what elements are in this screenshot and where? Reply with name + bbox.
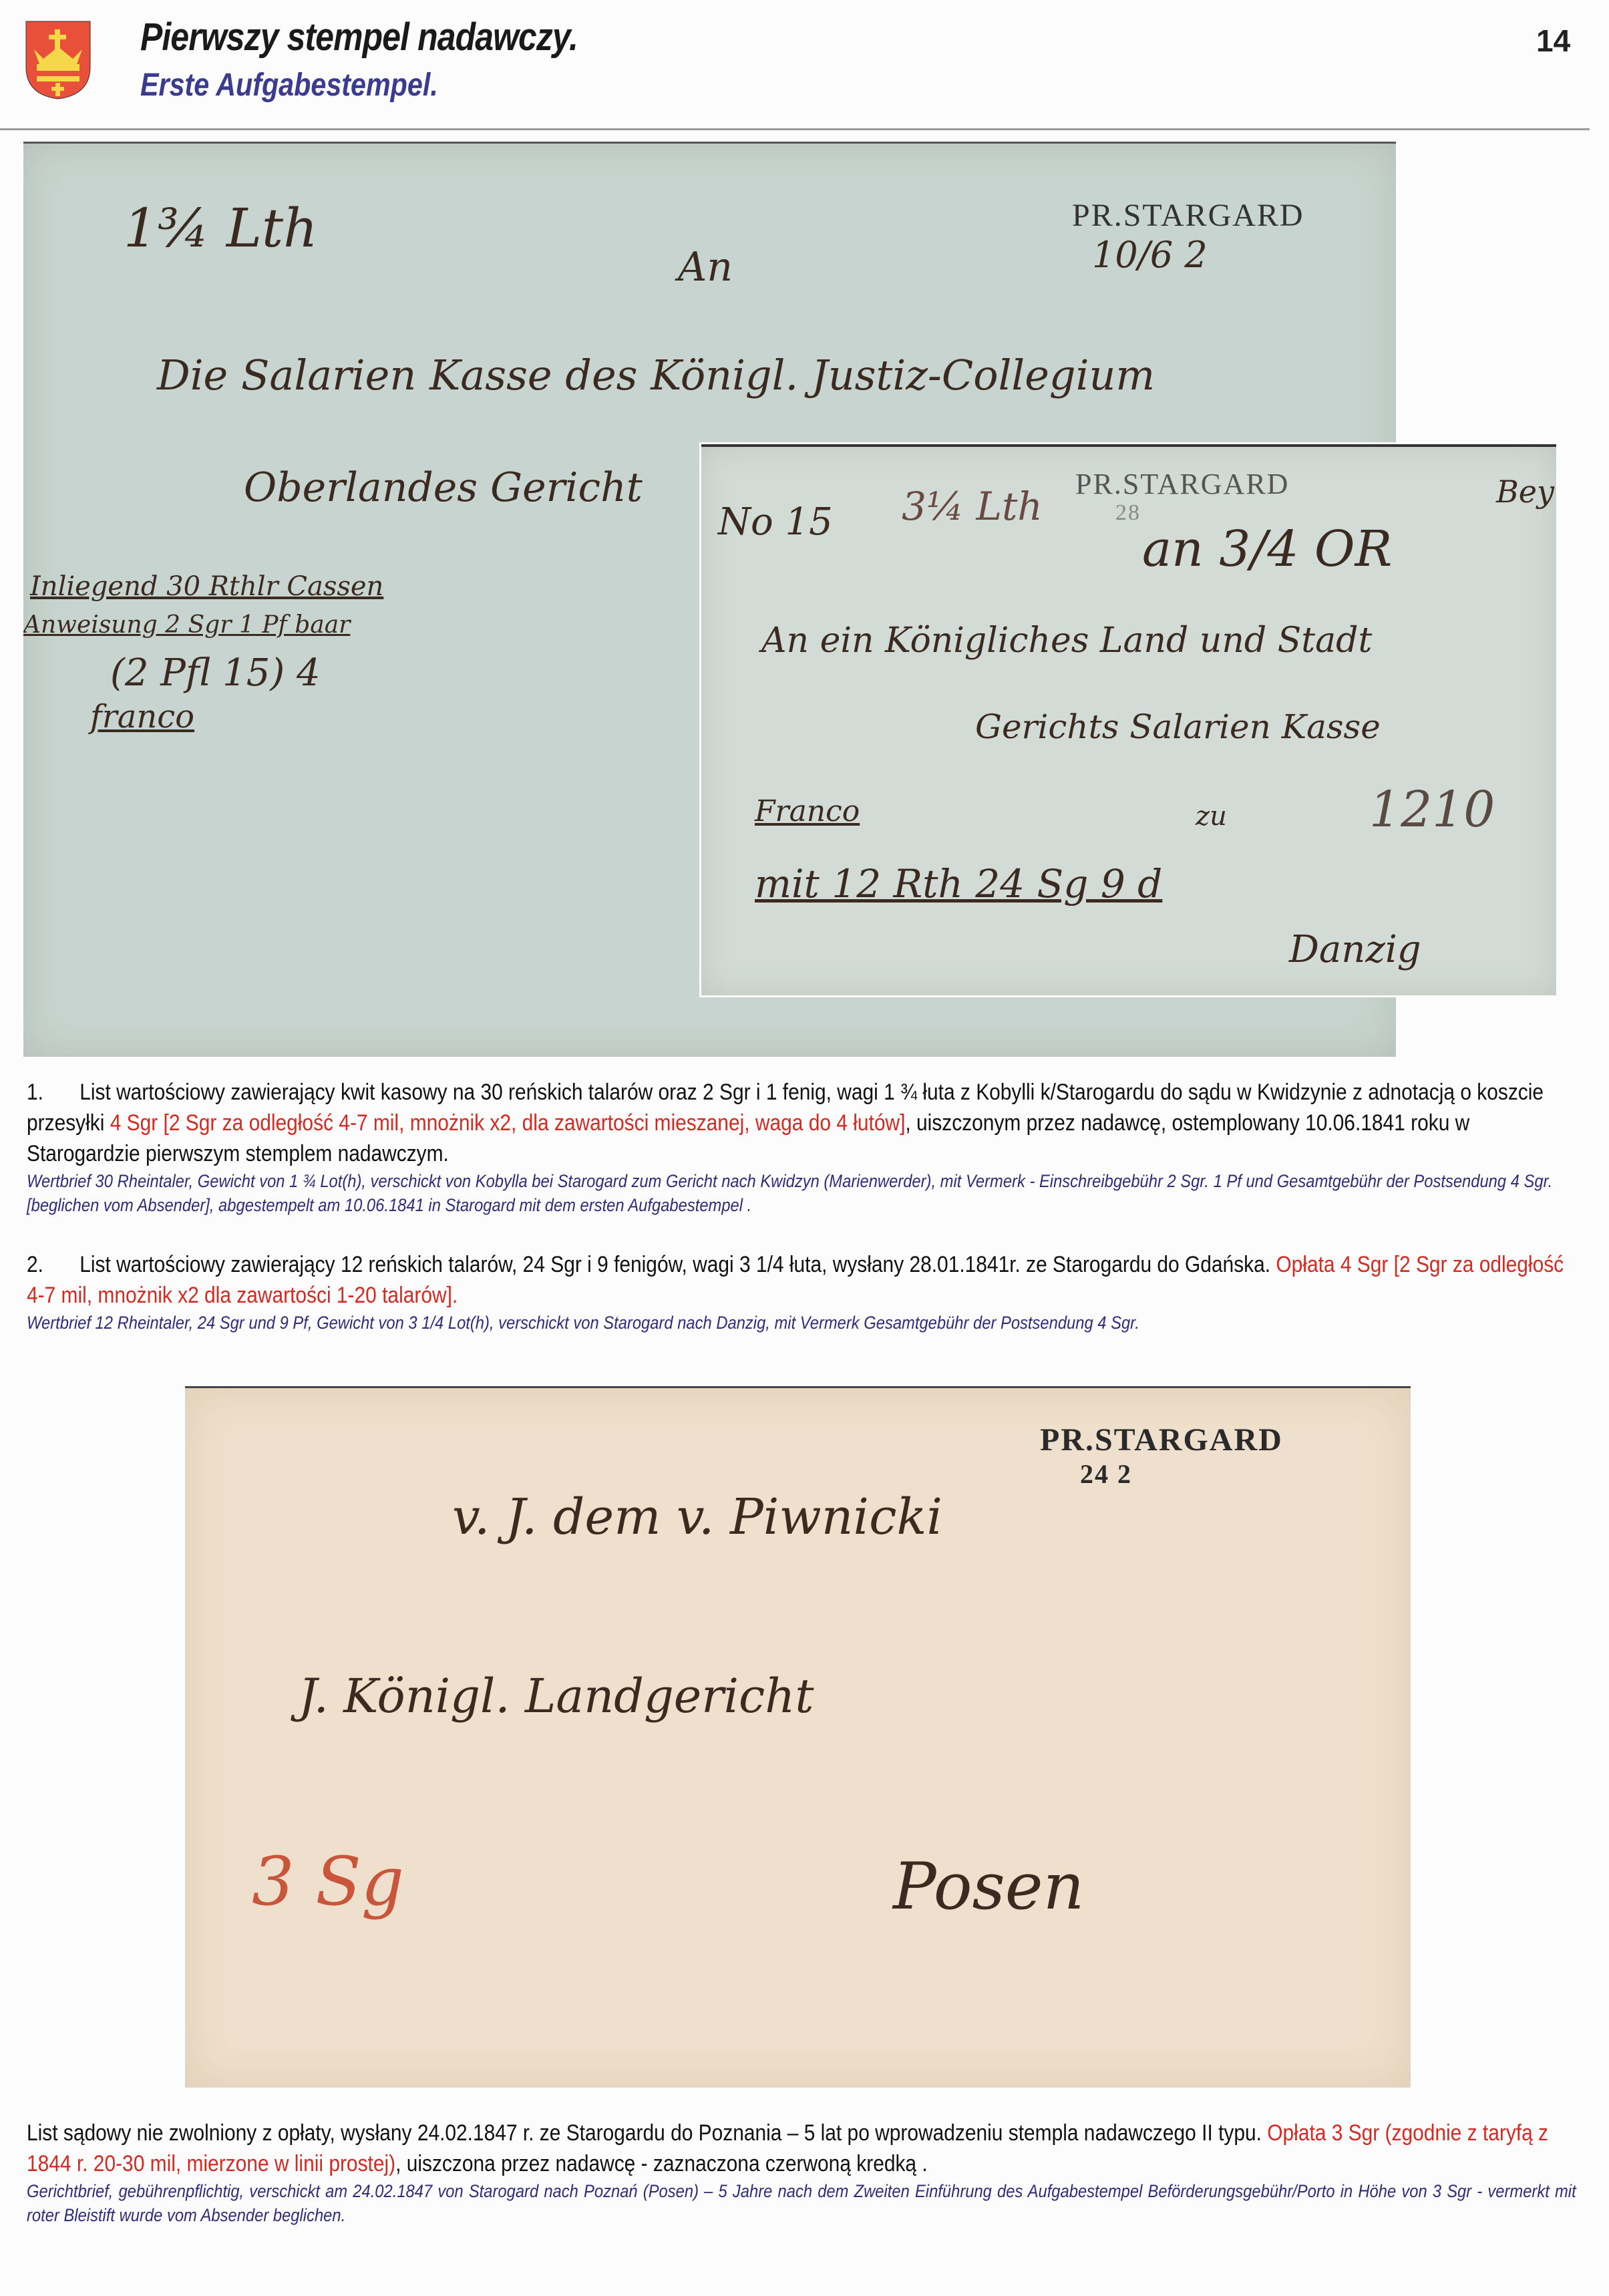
description-pl: 1.List wartościowy zawierający kwit kaso… — [27, 1077, 1576, 1169]
description-pl: List sądowy nie zwolniony z opłaty, wysł… — [27, 2118, 1576, 2179]
page-title: Pierwszy stempel nadawczy. — [140, 15, 578, 59]
description-3: List sądowy nie zwolniony z opłaty, wysł… — [27, 2118, 1576, 2227]
item-number: 1. — [27, 1077, 79, 1108]
postmark-date: 28 — [1115, 500, 1141, 526]
envelope-2-image: PR.STARGARD 28 No 15 3¼ Lth Bey an 3/4 O… — [701, 444, 1556, 995]
page-subtitle: Erste Aufgabestempel. — [140, 67, 438, 104]
description-pl: 2.List wartościowy zawierający 12 reński… — [27, 1249, 1576, 1311]
description-de: Wertbrief 12 Rheintaler, 24 Sgr und 9 Pf… — [27, 1311, 1576, 1335]
address-line: Oberlandes Gericht — [244, 464, 643, 511]
note-line: Inliegend 30 Rthlr Cassen — [30, 571, 383, 602]
header-divider — [0, 128, 1590, 130]
weight-note: 3¼ Lth — [902, 484, 1043, 529]
note-line: Anweisung 2 Sgr 1 Pf baar — [23, 611, 350, 639]
address-line: Gerichts Salarien Kasse — [975, 707, 1381, 746]
postmark-date: 24 2 — [1080, 1458, 1132, 1490]
registration-number: No 15 — [718, 500, 833, 544]
red-pencil-fee: 3 Sg — [252, 1842, 404, 1921]
corner-note: Bey — [1496, 474, 1554, 510]
postmark: PR.STARGARD — [1072, 197, 1304, 234]
franco-note: Franco — [755, 794, 860, 828]
destination: Danzig — [1289, 928, 1421, 971]
item-number: 2. — [27, 1249, 79, 1280]
address-line: zu — [1196, 801, 1227, 832]
fee-note: 4 Sgr [2 Sgr za odległość 4-7 mil, mnożn… — [110, 1110, 906, 1136]
page-number: 14 — [1536, 23, 1570, 59]
coat-of-arms-icon — [25, 20, 92, 100]
note-line: (2 Pfl 15) 4 — [110, 651, 321, 695]
address-line: An ein Königliches Land und Stadt — [761, 621, 1372, 661]
value-note: an 3/4 OR — [1142, 520, 1392, 578]
address-line: J. Königl. Landgericht — [299, 1669, 814, 1724]
address-line: Die Salarien Kasse des Königl. Justiz-Co… — [157, 351, 1155, 399]
postmark: PR.STARGARD — [1040, 1422, 1283, 1458]
address-line: An — [678, 244, 733, 291]
contents-note: mit 12 Rth 24 Sg 9 d — [755, 861, 1162, 907]
weight-note: 1¾ Lth — [124, 197, 318, 259]
office-number: 1210 — [1369, 781, 1495, 838]
address-line: v. J. dem v. Piwnicki — [452, 1488, 942, 1546]
description-2: 2.List wartościowy zawierający 12 reński… — [27, 1249, 1576, 1335]
description-de: Gerichtbrief, gebührenpflichtig, verschi… — [27, 2179, 1576, 2227]
description-de: Wertbrief 30 Rheintaler, Gewicht von 1 ¾… — [27, 1169, 1576, 1217]
postmark-date: 10/6 2 — [1092, 234, 1208, 276]
note-line: franco — [90, 698, 194, 735]
postmark: PR.STARGARD — [1075, 467, 1289, 501]
destination: Posen — [893, 1849, 1084, 1924]
page-header: Pierwszy stempel nadawczy. Erste Aufgabe… — [0, 0, 1609, 134]
description-1: 1.List wartościowy zawierający kwit kaso… — [27, 1077, 1576, 1217]
envelope-3-image: PR.STARGARD 24 2 v. J. dem v. Piwnicki J… — [185, 1386, 1411, 2088]
